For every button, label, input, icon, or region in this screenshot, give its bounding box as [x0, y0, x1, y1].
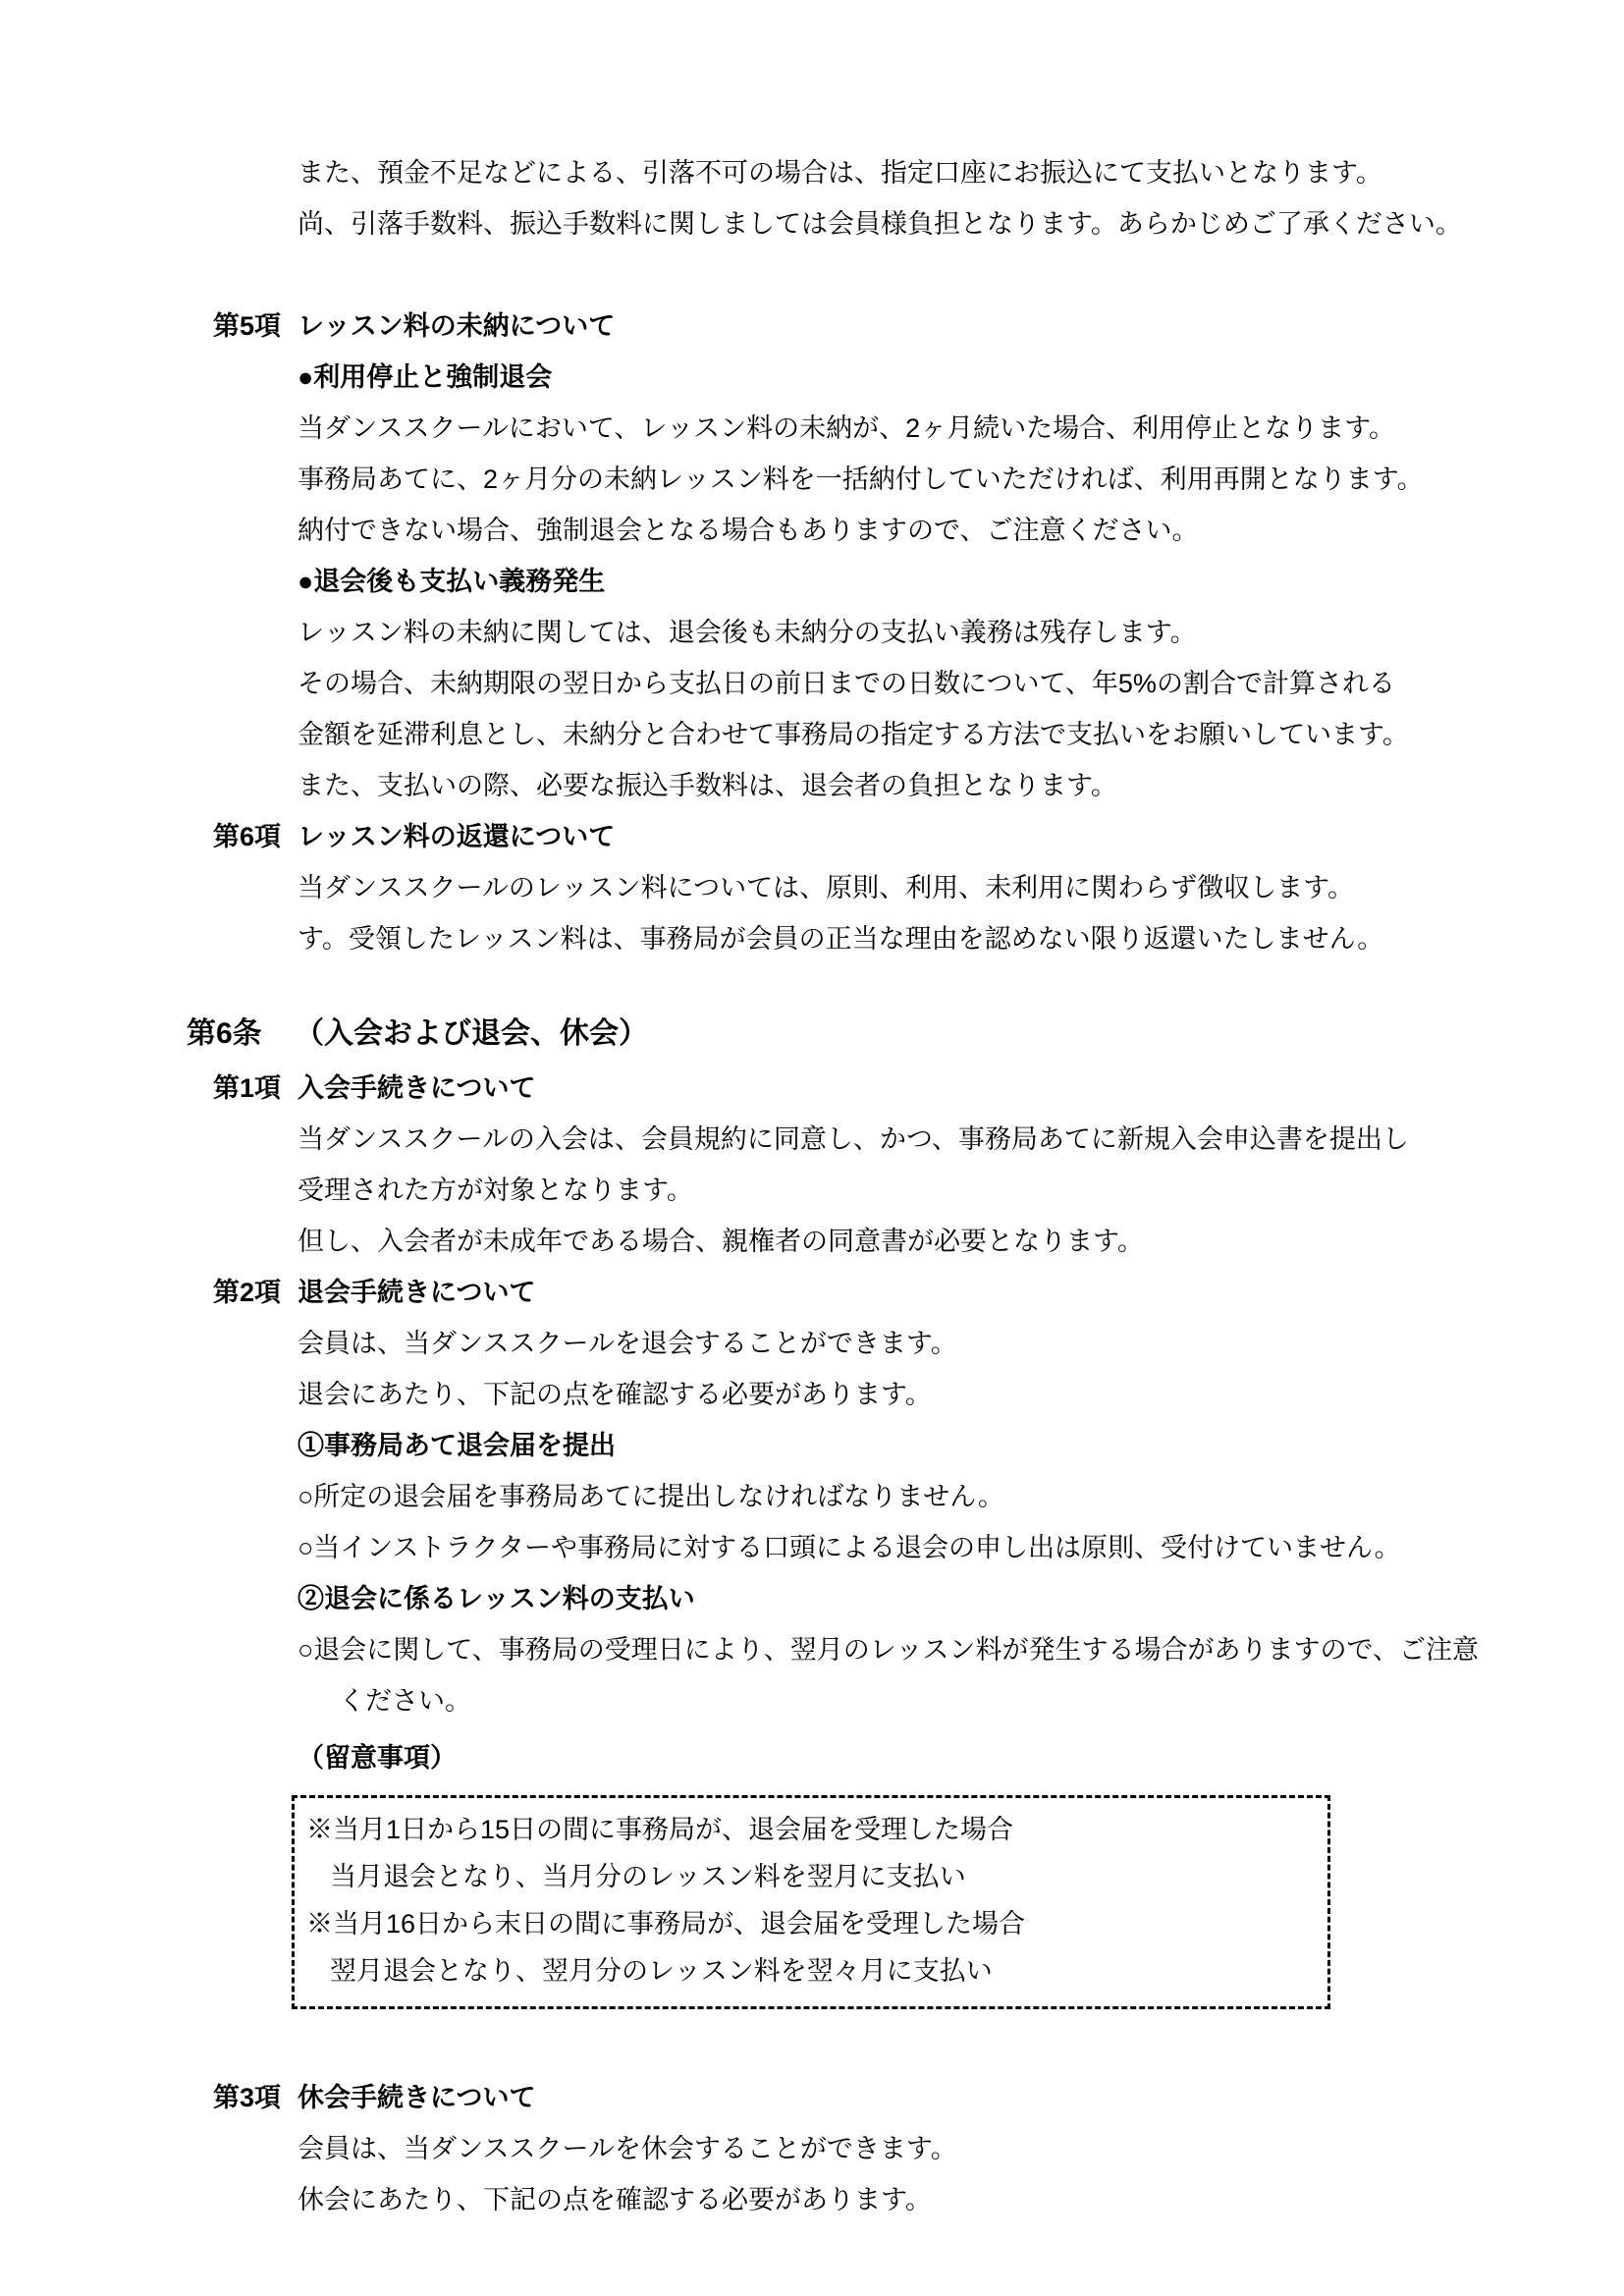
clause-label: 第5項: [213, 301, 298, 352]
notice-line: ※当月16日から末日の間に事務局が、退会届を受理した場合: [295, 1900, 1327, 1947]
clause-title: 休会手続きについて: [298, 2083, 535, 2112]
clause-label: 第1項: [213, 1063, 298, 1114]
article-label: 第6条: [187, 1006, 295, 1063]
paragraph-line: ○所定の退会届を事務局あてに提出しなければなりません。: [298, 1471, 1624, 1522]
clause-title: レッスン料の未納について: [298, 311, 615, 341]
notice-line: ※当月1日から15日の間に事務局が、退会届を受理した場合: [295, 1806, 1327, 1853]
clause-heading-6: 第6項レッスン料の返還について: [213, 811, 1624, 862]
bullet-heading: ●退会後も支払い義務発生: [298, 556, 1624, 607]
paragraph-line: 但し、入会者が未成年である場合、親権者の同意書が必要となります。: [298, 1216, 1624, 1267]
clause-label: 第6項: [213, 811, 298, 862]
paragraph-line: 退会にあたり、下記の点を確認する必要があります。: [298, 1369, 1624, 1420]
bullet-heading: ●利用停止と強制退会: [298, 352, 1624, 403]
clause-title: 退会手続きについて: [298, 1278, 535, 1307]
paragraph-line: 会員は、当ダンススクールを休会することができます。: [298, 2123, 1624, 2174]
paragraph-line: 当ダンススクールのレッスン料については、原則、利用、未利用に関わらず徴収します。: [298, 862, 1624, 913]
paragraph-line: 当ダンススクールにおいて、レッスン料の未納が、2ヶ月続いた場合、利用停止となりま…: [298, 403, 1624, 454]
clause-label: 第3項: [213, 2072, 298, 2123]
notice-line: 翌月退会となり、翌月分のレッスン料を翌々月に支払い: [295, 1947, 1327, 1995]
notice-line: 当月退会となり、当月分のレッスン料を翌月に支払い: [295, 1853, 1327, 1900]
paragraph-line: また、支払いの際、必要な振込手数料は、退会者の負担となります。: [298, 760, 1624, 811]
clause-heading-2: 第2項退会手続きについて: [213, 1267, 1624, 1318]
paragraph-line: す。受領したレッスン料は、事務局が会員の正当な理由を認めない限り返還いたしません…: [298, 913, 1624, 964]
paragraph-line: 休会にあたり、下記の点を確認する必要があります。: [298, 2174, 1624, 2225]
paragraph-line: 当ダンススクールの入会は、会員規約に同意し、かつ、事務局あてに新規入会申込書を提…: [298, 1114, 1624, 1165]
article-heading-6: 第6条（入会および退会、休会）: [187, 1006, 1624, 1063]
document-page: また、預金不足などによる、引落不可の場合は、指定口座にお振込にて支払いとなります…: [0, 0, 1624, 2296]
paragraph-line: その場合、未納期限の翌日から支払日の前日までの日数について、年5%の割合で計算さ…: [298, 658, 1624, 709]
paragraph-line: レッスン料の未納に関しては、退会後も未納分の支払い義務は残存します。: [298, 607, 1624, 658]
paragraph-line: ○退会に関して、事務局の受理日により、翌月のレッスン料が発生する場合がありますの…: [298, 1624, 1624, 1675]
notice-box: ※当月1日から15日の間に事務局が、退会届を受理した場合 当月退会となり、当月分…: [292, 1795, 1330, 2009]
paragraph-line: ○当インストラクターや事務局に対する口頭による退会の申し出は原則、受付けていませ…: [298, 1522, 1624, 1573]
paragraph-line: 事務局あてに、2ヶ月分の未納レッスン料を一括納付していただければ、利用再開となり…: [298, 454, 1624, 505]
paragraph-line: 金額を延滞利息とし、未納分と合わせて事務局の指定する方法で支払いをお願いしていま…: [298, 709, 1624, 760]
clause-title: レッスン料の返還について: [298, 822, 615, 851]
clause-heading-3: 第3項休会手続きについて: [213, 2072, 1624, 2123]
notes-heading: （留意事項）: [298, 1732, 1624, 1783]
paragraph-continuation: ください。: [339, 1675, 1624, 1726]
clause-title: 入会手続きについて: [298, 1073, 535, 1103]
clause-heading-5: 第5項レッスン料の未納について: [213, 301, 1624, 352]
clause-heading-1: 第1項入会手続きについて: [213, 1063, 1624, 1114]
clause-label: 第2項: [213, 1267, 298, 1318]
article-title: （入会および退会、休会）: [295, 1017, 648, 1050]
paragraph-line: 尚、引落手数料、振込手数料に関しましては会員様負担となります。あらかじめご了承く…: [298, 198, 1624, 249]
paragraph-line: 会員は、当ダンススクールを退会することができます。: [298, 1318, 1624, 1369]
numbered-heading-1: ①事務局あて退会届を提出: [298, 1420, 1624, 1471]
paragraph-line: また、預金不足などによる、引落不可の場合は、指定口座にお振込にて支払いとなります…: [298, 147, 1624, 198]
paragraph-line: 受理された方が対象となります。: [298, 1165, 1624, 1216]
paragraph-line: 納付できない場合、強制退会となる場合もありますので、ご注意ください。: [298, 505, 1624, 556]
numbered-heading-2: ②退会に係るレッスン料の支払い: [298, 1573, 1624, 1624]
